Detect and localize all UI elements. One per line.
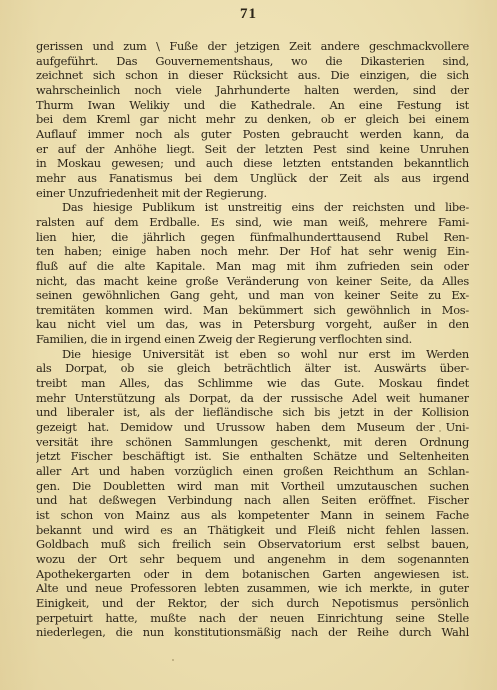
text-line: jetzt Fischer beschäftigt ist. Sie entha… — [36, 449, 469, 464]
text-line: lien hier, die jährlich gegen fünfmalhun… — [36, 230, 469, 245]
book-page: 71 gerissen und zum \ Fuße der jetzigen … — [0, 0, 497, 690]
text-line: zeichnet sich schon in dieser Rücksicht … — [36, 68, 469, 83]
text-line: ten haben; einige haben noch mehr. Der H… — [36, 244, 469, 259]
text-line: wozu der Ort sehr bequem und angenehm in… — [36, 552, 469, 567]
text-line: ralsten auf dem Erdballe. Es sind, wie m… — [36, 215, 469, 230]
text-line: ist schon von Mainz aus als kompetenter … — [36, 508, 469, 523]
text-line: gezeigt hat. Demidow und Urussow haben d… — [36, 420, 469, 435]
text-line: kau nicht viel um das, was in Petersburg… — [36, 317, 469, 332]
text-line: und hat deßwegen Verbindung nach allen S… — [36, 493, 469, 508]
text-line: niederlegen, die nun konstitutionsmäßig … — [36, 625, 469, 640]
text-line: und liberaler ist, als der liefländische… — [36, 405, 469, 420]
text-line: bei dem Kreml gar nicht mehr zu denken, … — [36, 112, 469, 127]
text-line: Auflauf immer noch als guter Posten gebr… — [36, 127, 469, 142]
text-line: aller Art und haben vorzüglich einen gro… — [36, 464, 469, 479]
text-line: perpetuirt hatte, mußte nach der neuen E… — [36, 611, 469, 626]
text-line: Alte und neue Professoren lebten zusamme… — [36, 581, 469, 596]
text-line: gerissen und zum \ Fuße der jetzigen Zei… — [36, 39, 469, 54]
text-line: wahrscheinlich noch viele Jahrhunderte h… — [36, 83, 469, 98]
text-line: Einigkeit, und der Rektor, der sich durc… — [36, 596, 469, 611]
text-line: in Moskau gewesen; und auch diese letzte… — [36, 156, 469, 171]
text-line: tremitäten kommen wird. Man bekümmert si… — [36, 303, 469, 318]
paragraph-start-line: Die hiesige Universität ist eben so wohl… — [36, 347, 469, 362]
text-line: seinen gewöhnlichen Gang geht, und man v… — [36, 288, 469, 303]
text-line: einer Unzufriedenheit mit der Regierung. — [36, 186, 469, 201]
body-text: gerissen und zum \ Fuße der jetzigen Zei… — [36, 39, 469, 640]
text-line: gen. Die Doubletten wird man mit Vorthei… — [36, 479, 469, 494]
text-line: treibt man Alles, das Schlimme wie das G… — [36, 376, 469, 391]
text-line: mehr aus Fanatismus bei dem Unglück der … — [36, 171, 469, 186]
paper-speck — [172, 659, 174, 661]
paper-speck — [439, 430, 441, 432]
paragraph-start-line: Das hiesige Publikum ist unstreitig eins… — [36, 200, 469, 215]
text-line: versität ihre schönen Sammlungen geschen… — [36, 435, 469, 450]
text-line: Familien, die in irgend einen Zweig der … — [36, 332, 469, 347]
text-line: mehr Unterstützung als Dorpat, da der ru… — [36, 391, 469, 406]
page-number: 71 — [0, 6, 497, 23]
text-line: nicht, das macht keine große Veränderung… — [36, 274, 469, 289]
text-line: Thurm Iwan Welikiy und die Kathedrale. A… — [36, 98, 469, 113]
text-line: Apothekergarten oder in dem botanischen … — [36, 567, 469, 582]
text-line: aufgeführt. Das Gouvernementshaus, wo di… — [36, 54, 469, 69]
text-line: Goldbach muß sich freilich sein Observat… — [36, 537, 469, 552]
text-line: fluß auf die alte Kapitale. Man mag mit … — [36, 259, 469, 274]
text-line: er auf der Anhöhe liegt. Seit der letzte… — [36, 142, 469, 157]
text-line: als Dorpat, ob sie gleich beträchtlich ä… — [36, 361, 469, 376]
text-line: bekannt und wird es an Thätigkeit und Fl… — [36, 523, 469, 538]
